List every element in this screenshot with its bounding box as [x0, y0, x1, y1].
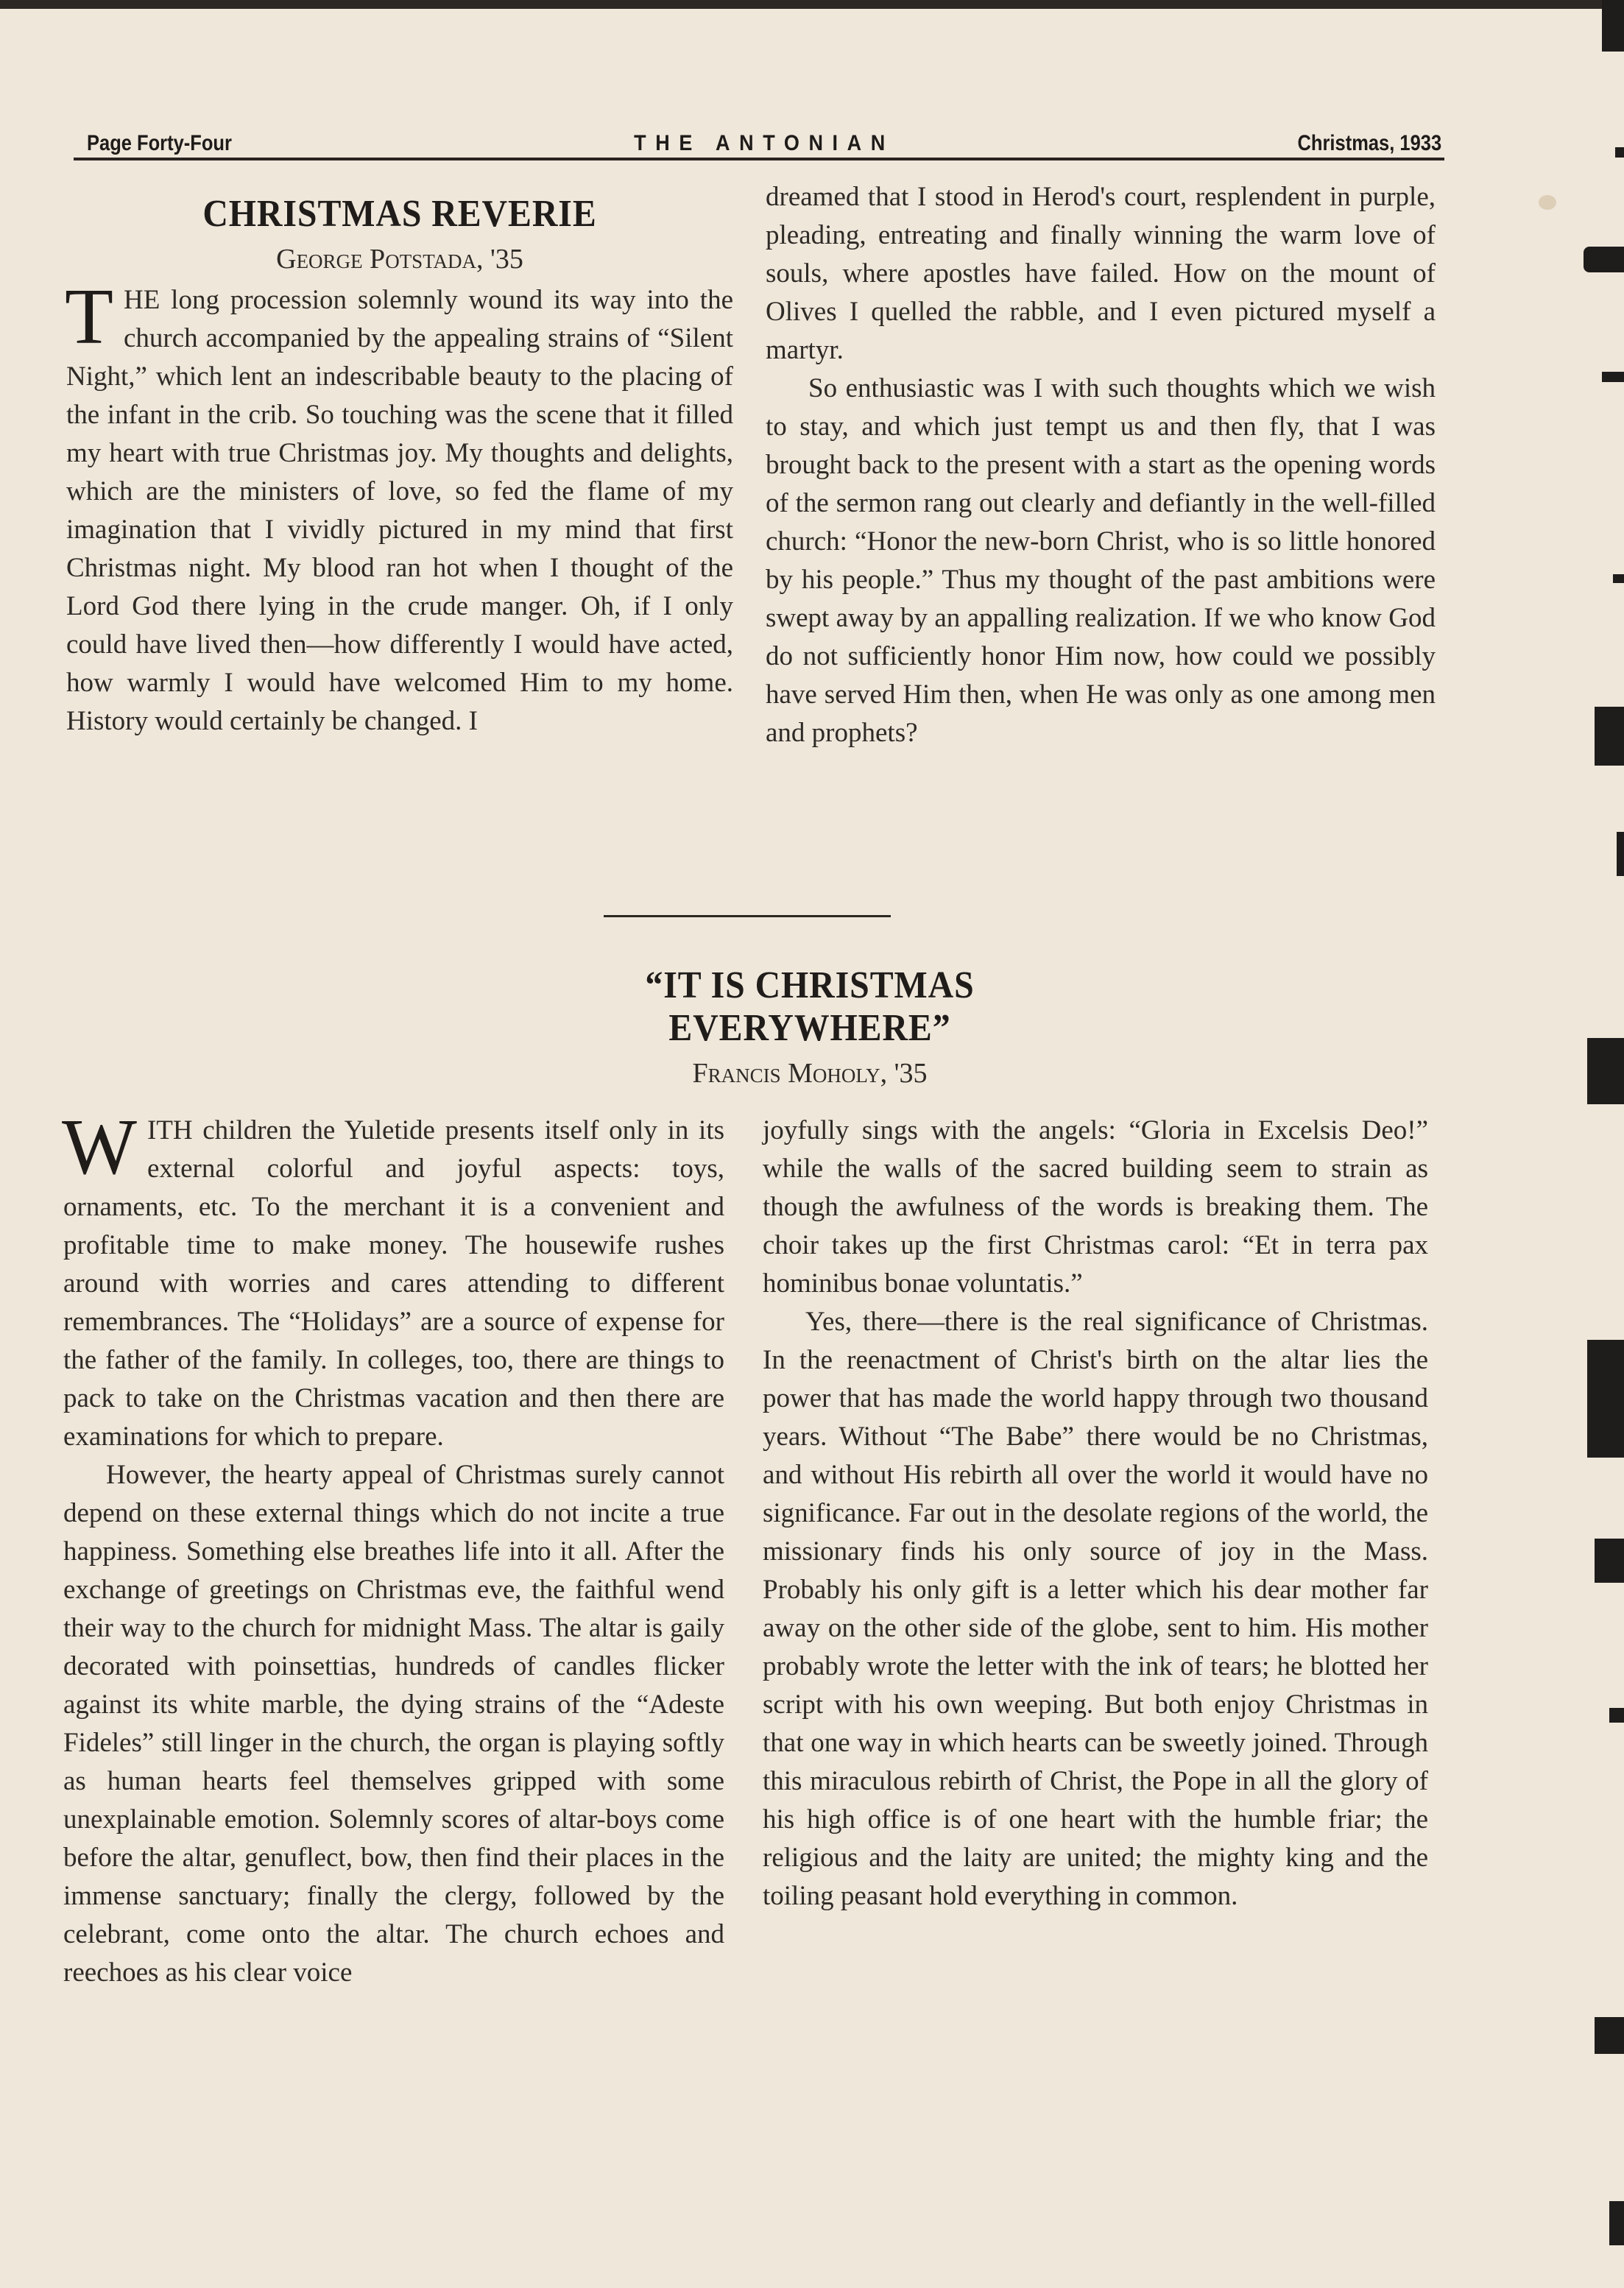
article1-byline: George Potstada, '35	[66, 240, 733, 278]
article2-paragraph-text: ITH children the Yuletide presents itsel…	[63, 1115, 724, 1452]
header-rule	[74, 158, 1444, 160]
article1-paragraph: dreamed that I stood in Herod's court, r…	[766, 178, 1436, 370]
article2-dropcap: W	[62, 1116, 137, 1179]
torn-edge	[1587, 1038, 1624, 1104]
article2-right-column: joyfully sings with the angels: “Gloria …	[763, 1112, 1428, 1916]
article2-byline: Francis Moholy, '35	[442, 1054, 1178, 1092]
article2-paragraph: Yes, there—there is the real significanc…	[763, 1303, 1428, 1916]
publication-title: THE ANTONIAN	[155, 131, 1374, 156]
article1-title: CHRISTMAS REVERIE	[93, 193, 707, 236]
issue-date: Christmas, 1933	[1297, 131, 1441, 156]
torn-edge	[1584, 247, 1624, 272]
article2-heading: “IT IS CHRISTMAS EVERYWHERE” Francis Moh…	[442, 964, 1178, 1092]
section-divider	[604, 915, 891, 917]
article2-paragraph: However, the hearty appeal of Christmas …	[63, 1456, 724, 1992]
article1-dropcap: T	[65, 286, 113, 349]
torn-edge	[1609, 1708, 1624, 1723]
paper-stain	[1539, 195, 1556, 210]
torn-edge	[1587, 1340, 1624, 1458]
article2-title-line1: “IT IS CHRISTMAS	[471, 964, 1148, 1007]
article2-paragraph: joyfully sings with the angels: “Gloria …	[763, 1112, 1428, 1303]
torn-edge	[1615, 147, 1624, 158]
scan-top-border	[0, 0, 1624, 9]
torn-edge	[1602, 0, 1624, 52]
torn-edge	[1609, 2201, 1624, 2245]
article2-paragraph: W ITH children the Yuletide presents its…	[63, 1112, 724, 1456]
article1-paragraph: T HE long procession solemnly wound its …	[66, 281, 733, 741]
torn-edge	[1595, 2017, 1624, 2054]
torn-edge	[1602, 372, 1624, 382]
article1-left-column: CHRISTMAS REVERIE George Potstada, '35 T…	[66, 193, 733, 741]
torn-edge	[1595, 707, 1624, 766]
article1-right-column: dreamed that I stood in Herod's court, r…	[766, 178, 1436, 752]
article2-title-line2: EVERYWHERE”	[471, 1007, 1148, 1050]
torn-edge	[1595, 1539, 1624, 1583]
article1-paragraph-text: HE long procession solemnly wound its wa…	[66, 285, 733, 736]
torn-edge	[1613, 574, 1624, 583]
article2-left-column: W ITH children the Yuletide presents its…	[63, 1112, 724, 1992]
article1-paragraph: So enthusiastic was I with such thoughts…	[766, 370, 1436, 752]
torn-edge	[1617, 832, 1624, 876]
running-head: Page Forty-Four THE ANTONIAN Christmas, …	[87, 130, 1441, 159]
